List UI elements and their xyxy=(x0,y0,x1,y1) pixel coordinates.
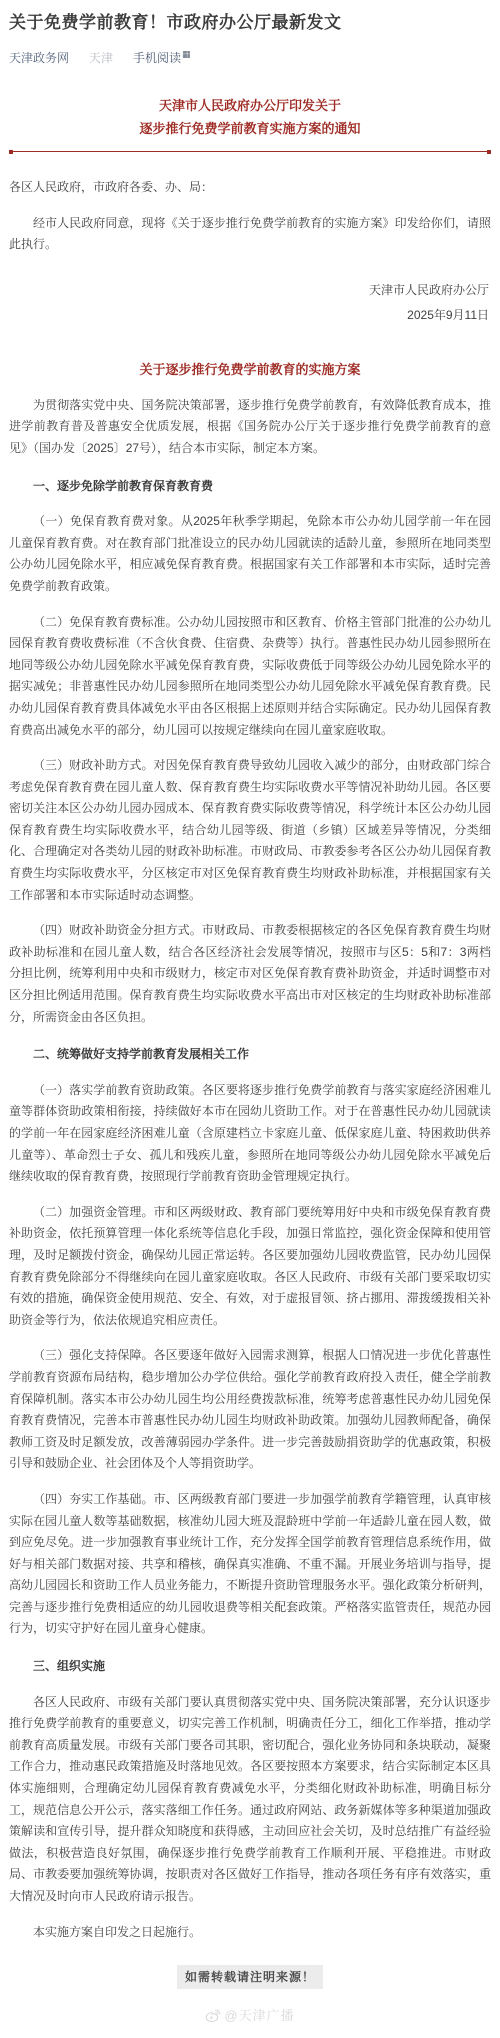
section-heading: 二、统筹做好支持学前教育发展相关工作 xyxy=(9,1044,491,1066)
page-title: 关于免费学前教育！市政府办公厅最新发文 xyxy=(9,10,491,36)
notice-title: 天津市人民政府办公厅印发关于 逐步推行免费学前教育实施方案的通知 xyxy=(9,94,491,140)
plan-intro: 为贯彻落实党中央、国务院决策部署，逐步推行免费学前教育，有效降低教育成本，推进学… xyxy=(9,395,491,460)
paragraph: 各区人民政府、市级有关部门要认真贯彻落实党中央、国务院决策部署，充分认识逐步推行… xyxy=(9,1692,491,1908)
paragraph: 本实施方案自印发之日起施行。 xyxy=(9,1922,491,1944)
paragraph: （三）财政补助方式。对因免保育教育费导致幼儿园收入减少的部分，由财政部门综合考虑… xyxy=(9,755,491,906)
plan-section-1: 一、逐步免除学前教育保育教育费 （一）免保育教育费对象。从2025年秋季学期起，… xyxy=(9,476,491,1029)
paragraph: （四）财政补助资金分担方式。市财政局、市教委根据核定的各区免保育教育费生均财政补… xyxy=(9,920,491,1028)
section-heading: 三、组织实施 xyxy=(9,1656,491,1678)
source-link[interactable]: 天津政务网 xyxy=(9,49,69,66)
section-heading: 一、逐步免除学前教育保育教育费 xyxy=(9,476,491,498)
paragraph: （一）免保育教育费对象。从2025年秋季学期起，免除本市公办幼儿园学前一年在园儿… xyxy=(9,511,491,597)
signer-date: 2025年9月11日 xyxy=(9,303,489,328)
plan-title: 关于逐步推行免费学前教育的实施方案 xyxy=(9,358,491,381)
article-meta: 天津政务网 天津 手机阅读▦ xyxy=(9,49,491,66)
reprint-note: 如需转载请注明来源！ xyxy=(177,1965,323,1989)
mobile-read-label: 手机阅读 xyxy=(133,51,181,65)
article-header: 关于免费学前教育！市政府办公厅最新发文 天津政务网 天津 手机阅读▦ xyxy=(9,10,491,66)
notice-body: 经市人民政府同意，现将《关于逐步推行免费学前教育的实施方案》印发给你们，请照此执… xyxy=(9,213,491,256)
footer-note-wrap: 如需转载请注明来源！ xyxy=(9,1965,491,1989)
paragraph: （二）免保育教育费标准。公办幼儿园按照市和区教育、价格主管部门批准的公办幼儿园保… xyxy=(9,612,491,742)
red-divider xyxy=(9,151,491,152)
plan-section-2: 二、统筹做好支持学前教育发展相关工作 （一）落实学前教育资助政策。各区要将逐步推… xyxy=(9,1044,491,1640)
signer-block: 天津市人民政府办公厅 2025年9月11日 xyxy=(9,278,491,328)
watermark: @天津广播 xyxy=(0,2005,500,2024)
paragraph: （三）强化支持保障。各区要逐年做好入园需求测算，根据人口情况进一步优化普惠性学前… xyxy=(9,1345,491,1475)
paragraph: （四）夯实工作基础。市、区两级教育部门要进一步加强学前教育学籍管理，认真审核实际… xyxy=(9,1489,491,1640)
plan-section-3: 三、组织实施 各区人民政府、市级有关部门要认真贯彻落实党中央、国务院决策部署，充… xyxy=(9,1656,491,1943)
qr-code-icon: ▦ xyxy=(182,49,191,59)
signer-name: 天津市人民政府办公厅 xyxy=(9,278,489,303)
watermark-text: @天津广播 xyxy=(224,2008,294,2023)
mobile-read-link[interactable]: 手机阅读▦ xyxy=(133,49,191,66)
notice-title-line1: 天津市人民政府办公厅印发关于 xyxy=(9,94,491,117)
location-label: 天津 xyxy=(89,49,113,66)
notice-title-line2: 逐步推行免费学前教育实施方案的通知 xyxy=(9,117,491,140)
paragraph: （一）落实学前教育资助政策。各区要将逐步推行免费学前教育与落实家庭经济困难儿童等… xyxy=(9,1080,491,1188)
weibo-icon xyxy=(205,2009,221,2023)
article-page: 关于免费学前教育！市政府办公厅最新发文 天津政务网 天津 手机阅读▦ 天津市人民… xyxy=(0,0,500,2038)
paragraph: （二）加强资金管理。市和区两级财政、教育部门要统筹用好中央和市级免保育教育费补助… xyxy=(9,1202,491,1332)
salutation: 各区人民政府，市政府各委、办、局： xyxy=(9,177,491,199)
